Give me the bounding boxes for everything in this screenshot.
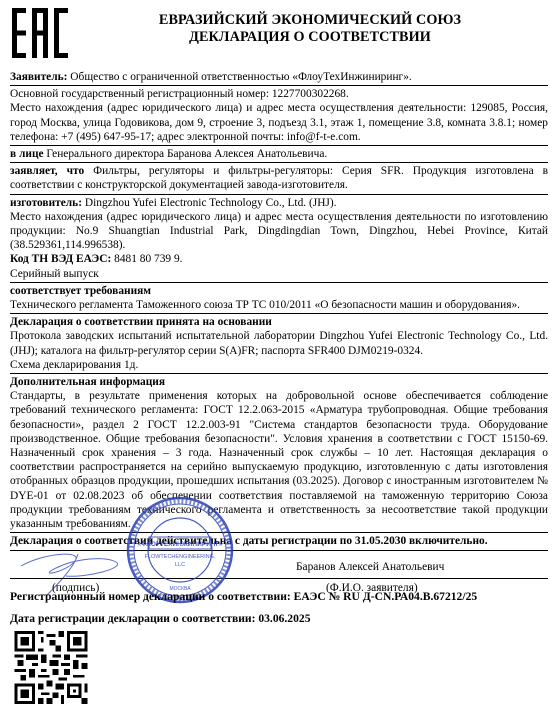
- manufacturer-value: Dingzhou Yufei Electronic Technology Co.…: [82, 197, 337, 209]
- additional-label: Дополнительная информация: [10, 375, 548, 389]
- manufacturer-section: изготовитель: Dingzhou Yufei Electronic …: [10, 196, 548, 283]
- representative-value: Генерального директора Баранова Алексея …: [44, 148, 328, 160]
- conforms-label: соответствует требованиям: [10, 284, 548, 298]
- representative-section: в лице Генерального директора Баранова А…: [10, 147, 548, 163]
- eac-logo-icon: [12, 8, 68, 58]
- basis-section: Декларация о соответствии принята на осн…: [10, 315, 548, 374]
- declaration-body: Заявитель: Общество с ограниченной ответ…: [10, 70, 548, 602]
- applicant-ogrn: Основной государственный регистрационный…: [10, 87, 548, 101]
- registration-block: Регистрационный номер декларации о соотв…: [10, 586, 477, 630]
- document-title: ЕВРАЗИЙСКИЙ ЭКОНОМИЧЕСКИЙ СОЮЗ ДЕКЛАРАЦИ…: [100, 12, 520, 46]
- svg-text:«ФЛОУТЕХИНЖИНИРИНГ»: «ФЛОУТЕХИНЖИНИРИНГ»: [137, 541, 222, 548]
- hs-code-label: Код ТН ВЭД ЕАЭС:: [10, 253, 111, 265]
- registration-date: Дата регистрации декларации о соответств…: [10, 608, 477, 630]
- title-declaration: ДЕКЛАРАЦИЯ О СООТВЕТСТВИИ: [100, 29, 520, 46]
- release-type: Серийный выпуск: [10, 267, 548, 281]
- declares-section: заявляет, что Фильтры, регуляторы и филь…: [10, 164, 548, 194]
- signer-name: Баранов Алексей Анатольевич: [296, 560, 444, 574]
- applicant-section: Заявитель: Общество с ограниченной ответ…: [10, 70, 548, 86]
- declares-label: заявляет, что: [10, 165, 84, 177]
- applicant-value: Общество с ограниченной ответственностью…: [67, 71, 411, 83]
- conforms-section: соответствует требованиям Технического р…: [10, 284, 548, 314]
- svg-text:LLC: LLC: [175, 562, 185, 568]
- manufacturer-label: изготовитель:: [10, 197, 82, 209]
- basis-value: Протокола заводских испытаний испытатель…: [10, 329, 548, 357]
- applicant-details: Основной государственный регистрационный…: [10, 87, 548, 146]
- conforms-value: Технического регламента Таможенного союз…: [10, 298, 548, 312]
- declaration-scheme: Схема декларирования 1д.: [10, 358, 548, 372]
- hs-code-value: 8481 80 739 9.: [111, 253, 182, 265]
- svg-text:FLOWTECHENGINEERING,: FLOWTECHENGINEERING,: [145, 554, 216, 560]
- manufacturer-address: Место нахождения (адрес юридического лиц…: [10, 210, 548, 253]
- registration-number: Регистрационный номер декларации о соотв…: [10, 586, 477, 608]
- qr-code-icon[interactable]: [13, 631, 89, 704]
- additional-section: Дополнительная информация Стандарты, в р…: [10, 375, 548, 533]
- additional-value: Стандарты, в результате применения котор…: [10, 389, 548, 531]
- signature-line: [10, 578, 548, 579]
- basis-label: Декларация о соответствии принята на осн…: [10, 315, 548, 329]
- applicant-address: Место нахождения (адрес юридического лиц…: [10, 101, 548, 144]
- representative-label: в лице: [10, 148, 44, 160]
- declares-value: Фильтры, регуляторы и фильтры-регуляторы…: [10, 165, 548, 191]
- applicant-label: Заявитель:: [10, 71, 67, 83]
- title-union: ЕВРАЗИЙСКИЙ ЭКОНОМИЧЕСКИЙ СОЮЗ: [100, 12, 520, 29]
